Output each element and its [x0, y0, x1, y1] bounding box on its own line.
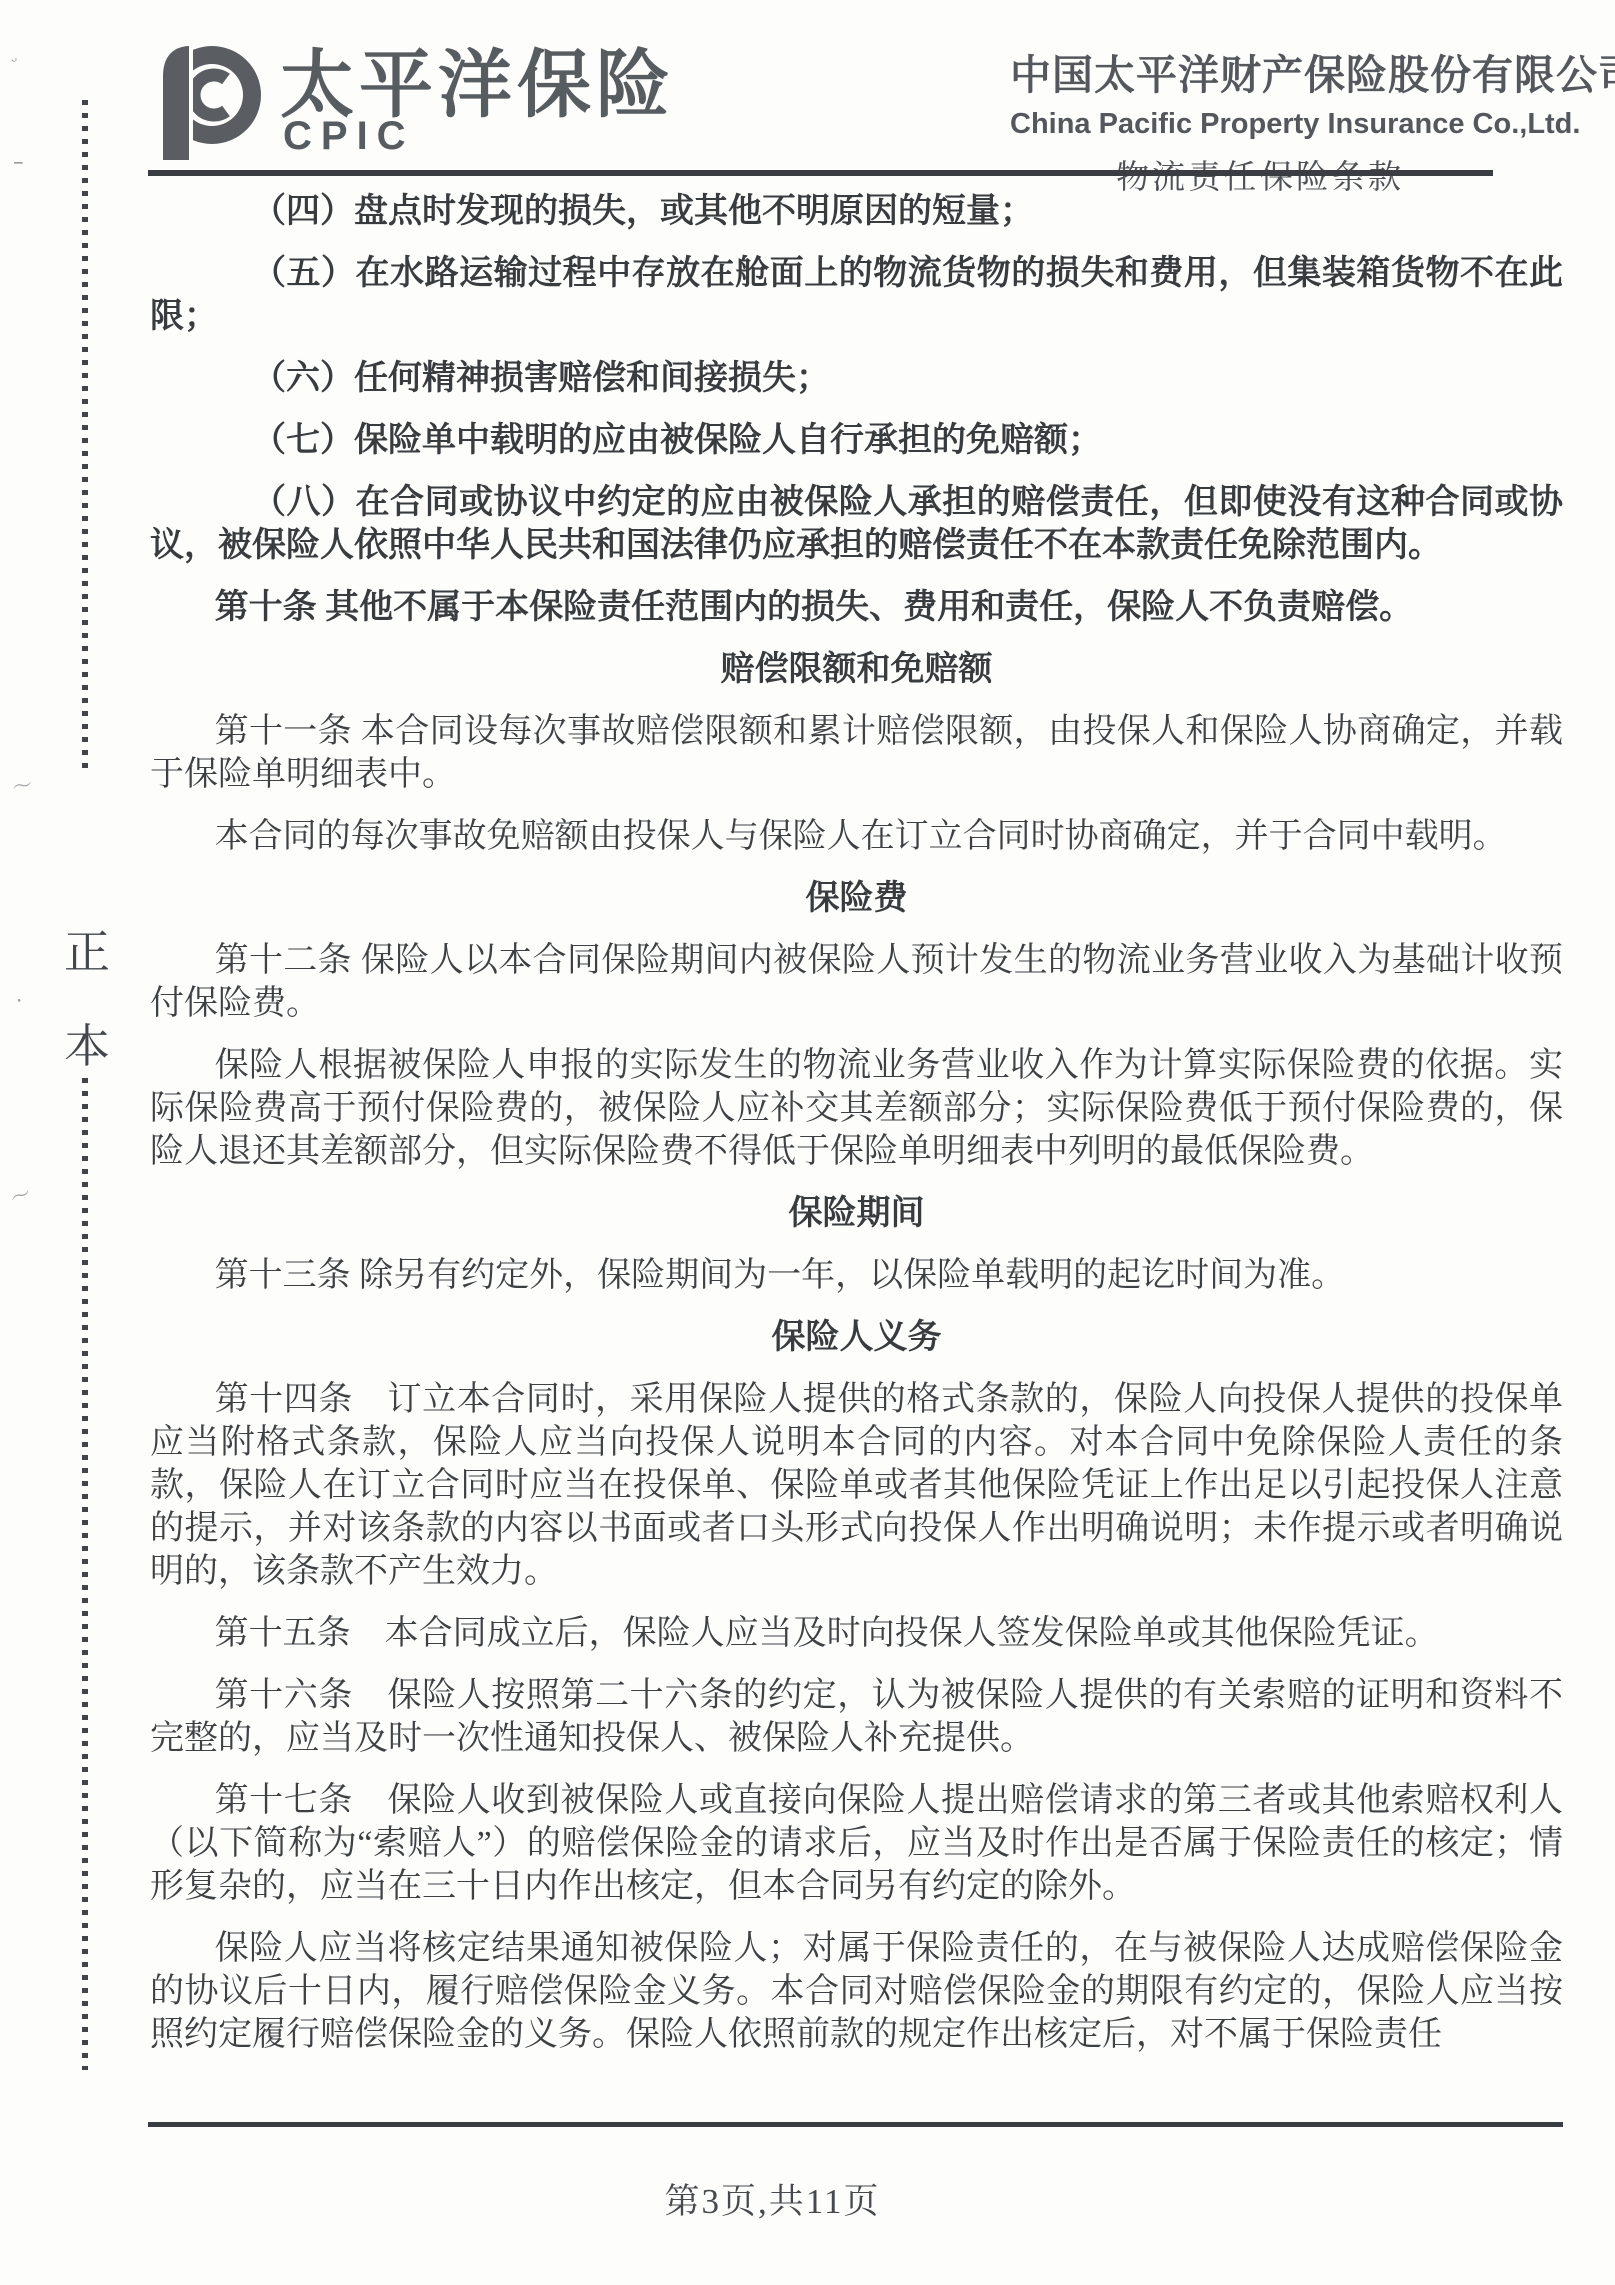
original-copy-label: 正 本 — [52, 916, 122, 1076]
paragraph: 保险人应当将核定结果通知被保险人；对属于保险责任的，在与被保险人达成赔偿保险金的… — [150, 1927, 1563, 2056]
scan-artifact: 〜 — [5, 1177, 35, 1212]
paragraph: 第十四条 订立本合同时，采用保险人提供的格式条款的，保险人向投保人提供的投保单应… — [150, 1378, 1563, 1593]
original-copy-char-top: 正 — [64, 916, 110, 982]
scan-artifact: ᵕ — [8, 50, 21, 74]
section-heading: 保险费 — [150, 877, 1563, 920]
paragraph: 第十条 其他不属于本保险责任范围内的损失、费用和责任，保险人不负责赔偿。 — [150, 586, 1563, 629]
paragraph: （八）在合同或协议中约定的应由被保险人承担的赔偿责任，但即使没有这种合同或协议，… — [150, 481, 1563, 567]
cpic-logo-icon — [138, 40, 264, 162]
original-copy-char-bottom: 本 — [64, 1010, 110, 1076]
section-heading: 保险期间 — [150, 1192, 1563, 1235]
paragraph: （五）在水路运输过程中存放在舱面上的物流货物的损失和费用，但集装箱货物不在此限； — [150, 252, 1563, 338]
paragraph: 第十三条 除另有约定外，保险期间为一年，以保险单载明的起讫时间为准。 — [150, 1254, 1563, 1297]
company-name-cn: 中国太平洋财产保险股份有限公司 — [1010, 42, 1510, 101]
paragraph: 第十一条 本合同设每次事故赔偿限额和累计赔偿限额，由投保人和保险人协商确定，并载… — [150, 710, 1563, 796]
scan-artifact: 〜 — [9, 768, 36, 801]
margin-dotted-line-lower — [82, 1078, 88, 2070]
header-divider — [148, 170, 1493, 176]
document-page: 太平洋保险 CPIC 中国太平洋财产保险股份有限公司 China Pacific… — [0, 0, 1615, 2285]
document-body: （四）盘点时发现的损失，或其他不明原因的短量；（五）在水路运输过程中存放在舱面上… — [150, 190, 1563, 2075]
paragraph: 第十七条 保险人收到被保险人或直接向保险人提出赔偿请求的第三者或其他索赔权利人（… — [150, 1779, 1563, 1908]
margin-dotted-line-upper — [82, 100, 88, 772]
paragraph: 第十二条 保险人以本合同保险期间内被保险人预计发生的物流业务营业收入为基础计收预… — [150, 939, 1563, 1025]
paragraph: （七）保险单中载明的应由被保险人自行承担的免赔额； — [150, 419, 1563, 462]
scan-artifact: ᠆ — [14, 142, 22, 177]
scan-artifact: ᠂ — [9, 980, 23, 1016]
paragraph: 保险人根据被保险人申报的实际发生的物流业务营业收入作为计算实际保险费的依据。实际… — [150, 1044, 1563, 1173]
footer-divider — [148, 2122, 1563, 2127]
paragraph: （六）任何精神损害赔偿和间接损失； — [150, 357, 1563, 400]
page-number: 第3页,共11页 — [0, 2174, 1545, 2224]
company-name-en: China Pacific Property Insurance Co.,Ltd… — [1010, 108, 1510, 141]
paragraph: 第十五条 本合同成立后，保险人应当及时向投保人签发保险单或其他保险凭证。 — [150, 1612, 1563, 1655]
section-heading: 赔偿限额和免赔额 — [150, 648, 1563, 691]
paragraph: 本合同的每次事故免赔额由投保人与保险人在订立合同时协商确定，并于合同中载明。 — [150, 815, 1563, 858]
brand-abbr: CPIC — [283, 114, 415, 159]
section-heading: 保险人义务 — [150, 1316, 1563, 1359]
paragraph: 第十六条 保险人按照第二十六条的约定，认为被保险人提供的有关索赔的证明和资料不完… — [150, 1674, 1563, 1760]
paragraph: （四）盘点时发现的损失，或其他不明原因的短量； — [150, 190, 1563, 233]
